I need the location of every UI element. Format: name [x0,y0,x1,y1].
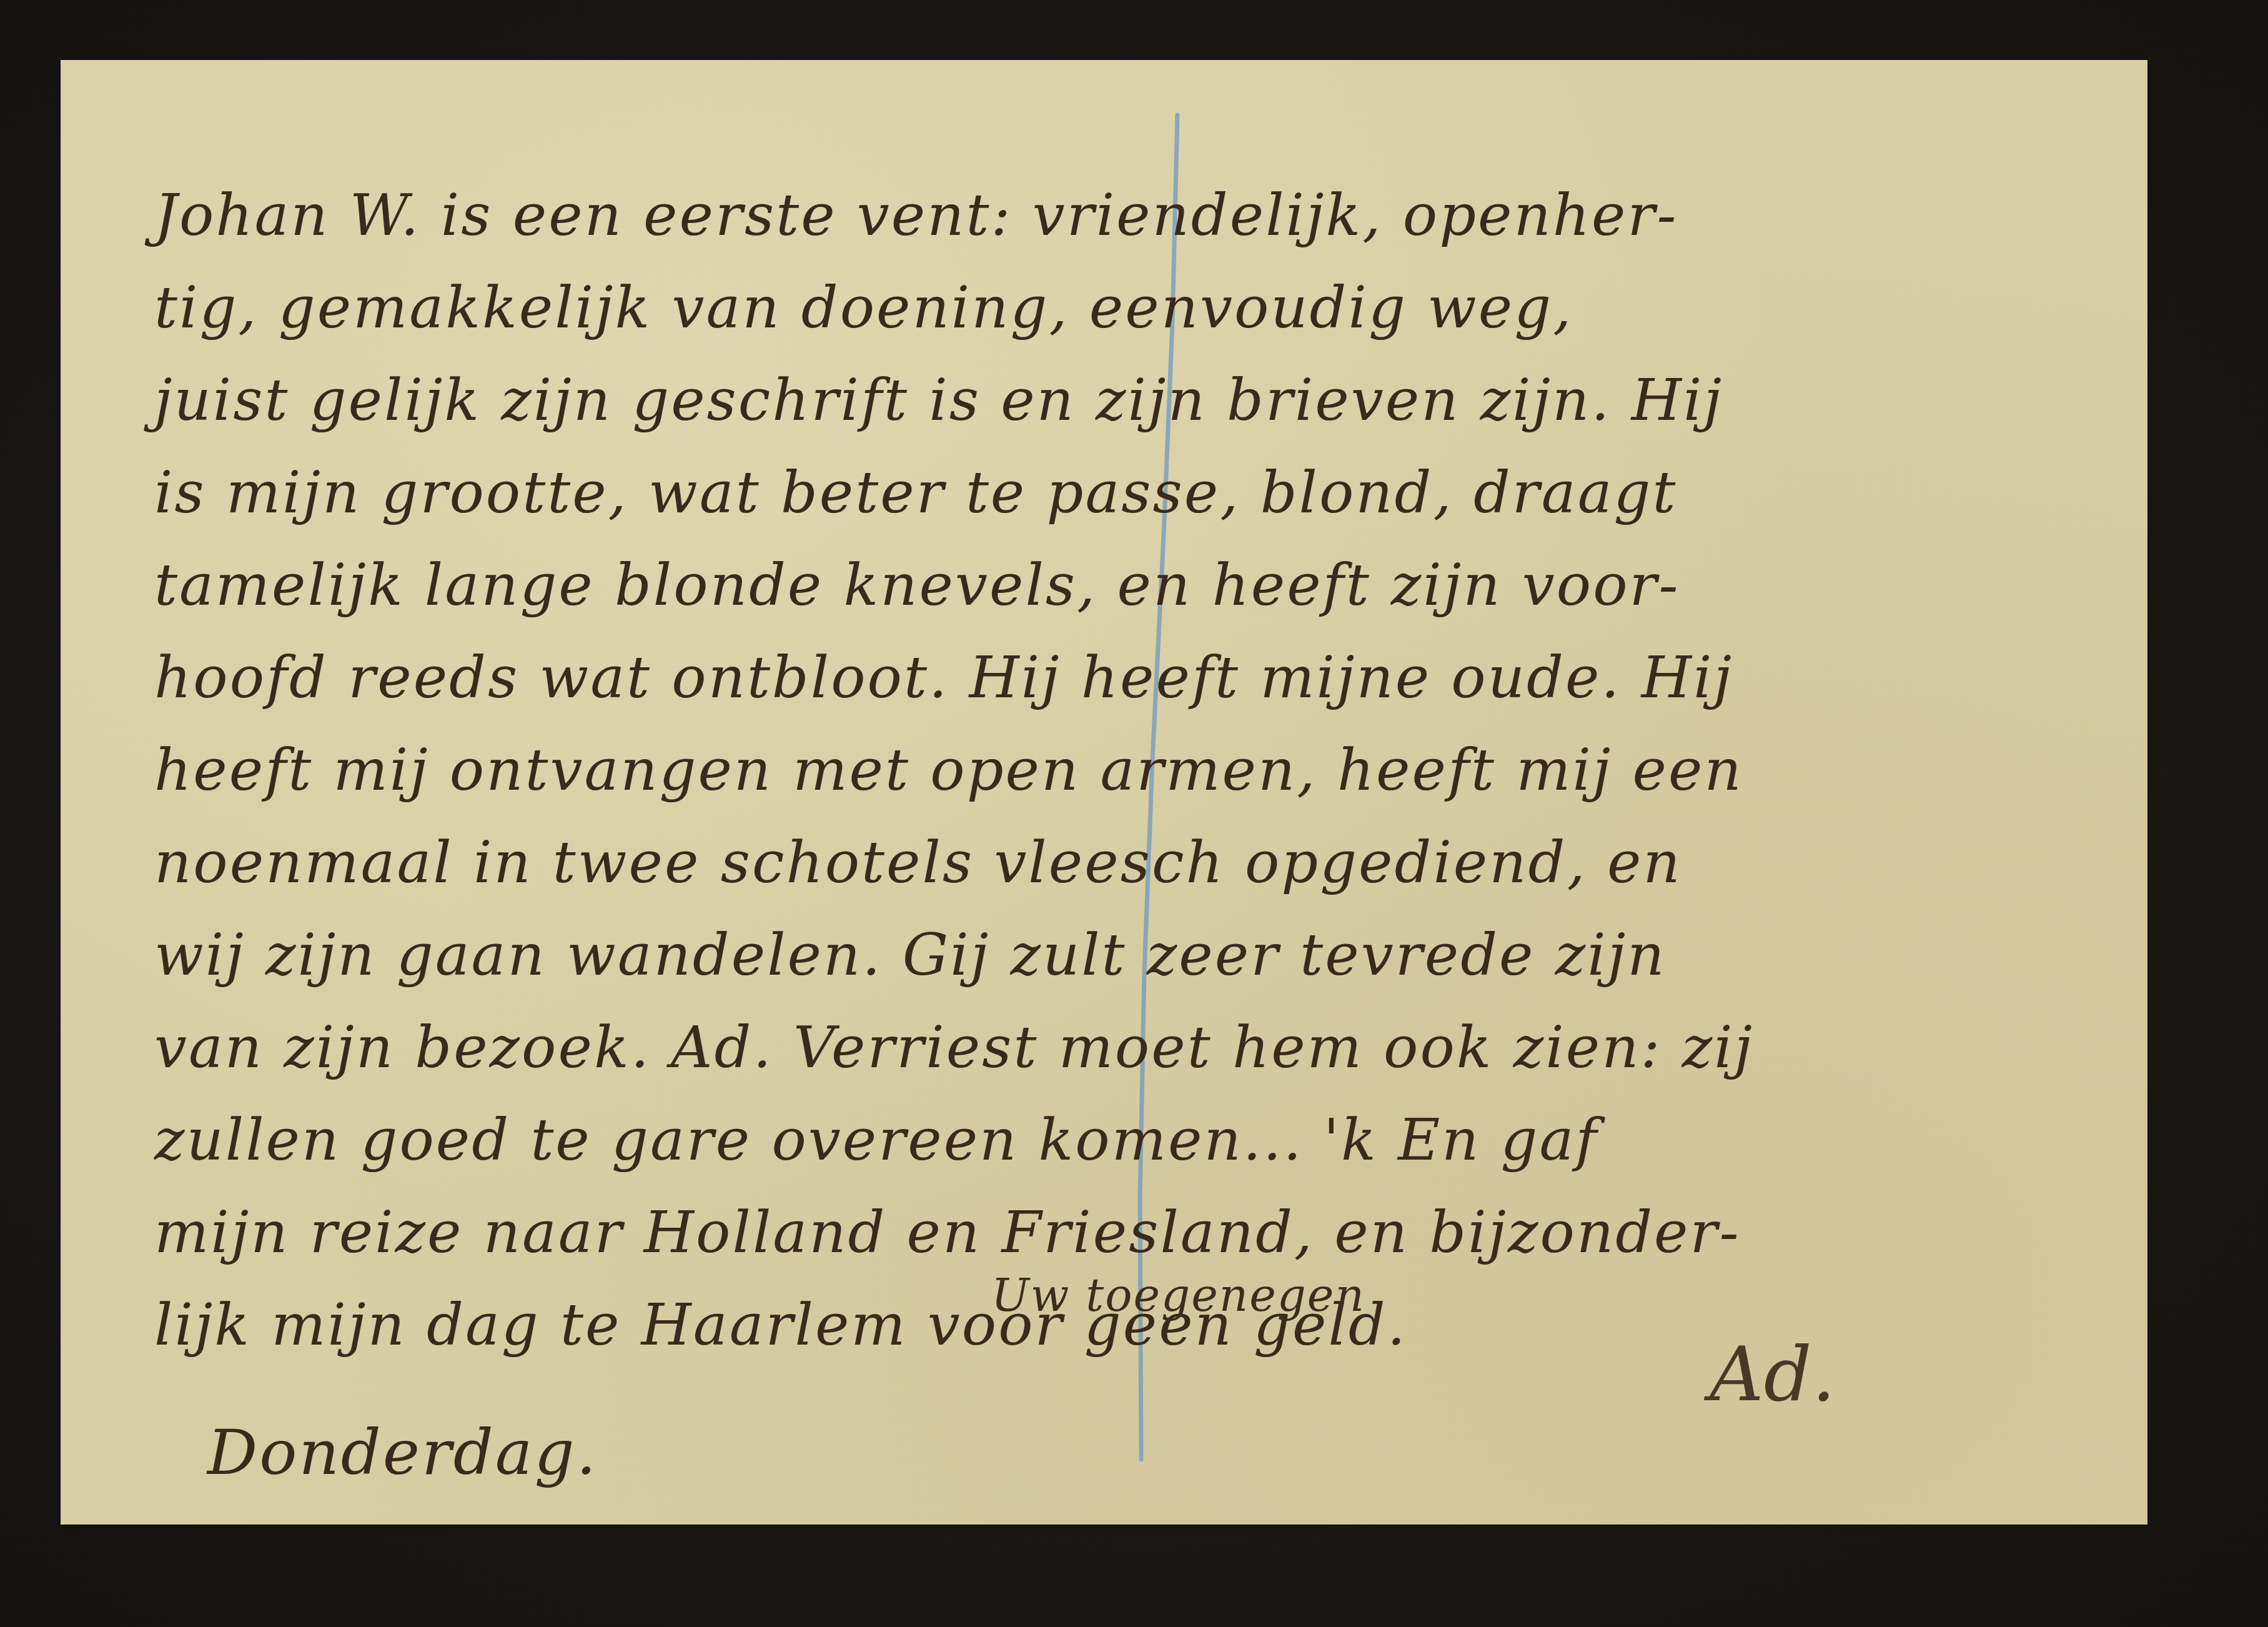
letter-line: noenmaal in twee schotels vleesch opgedi… [154,817,2122,909]
signature: Ad. [1710,1331,1836,1418]
closing-salutation: Uw toegenegen [991,1269,1365,1321]
letter-line: tig, gemakkelijk van doening, eenvoudig … [154,262,2122,354]
letter-line: mijn reize naar Holland en Friesland, en… [154,1187,2122,1279]
letter-line: is mijn grootte, wat beter te passe, blo… [154,447,2122,539]
letter-line: tamelijk lange blonde knevels, en heeft … [154,539,2122,632]
letter-line: van zijn bezoek. Ad. Verriest moet hem o… [154,1002,2122,1094]
scan-background: Johan W. is een eerste vent: vriendelijk… [0,0,2268,1627]
letter-line: juist gelijk zijn geschrift is en zijn b… [154,354,2122,447]
letter-line: wij zijn gaan wandelen. Gij zult zeer te… [154,909,2122,1002]
letter-line: hoofd reeds wat ontbloot. Hij heeft mijn… [154,632,2122,724]
letter-line: zullen goed te gare overeen komen... 'k … [154,1094,2122,1187]
letter-body: Johan W. is een eerste vent: vriendelijk… [154,169,2122,1371]
date-line: Donderdag. [207,1416,598,1489]
letter-line: Johan W. is een eerste vent: vriendelijk… [154,169,2122,262]
postcard: Johan W. is een eerste vent: vriendelijk… [61,60,2147,1525]
letter-line: heeft mij ontvangen met open armen, heef… [154,724,2122,817]
